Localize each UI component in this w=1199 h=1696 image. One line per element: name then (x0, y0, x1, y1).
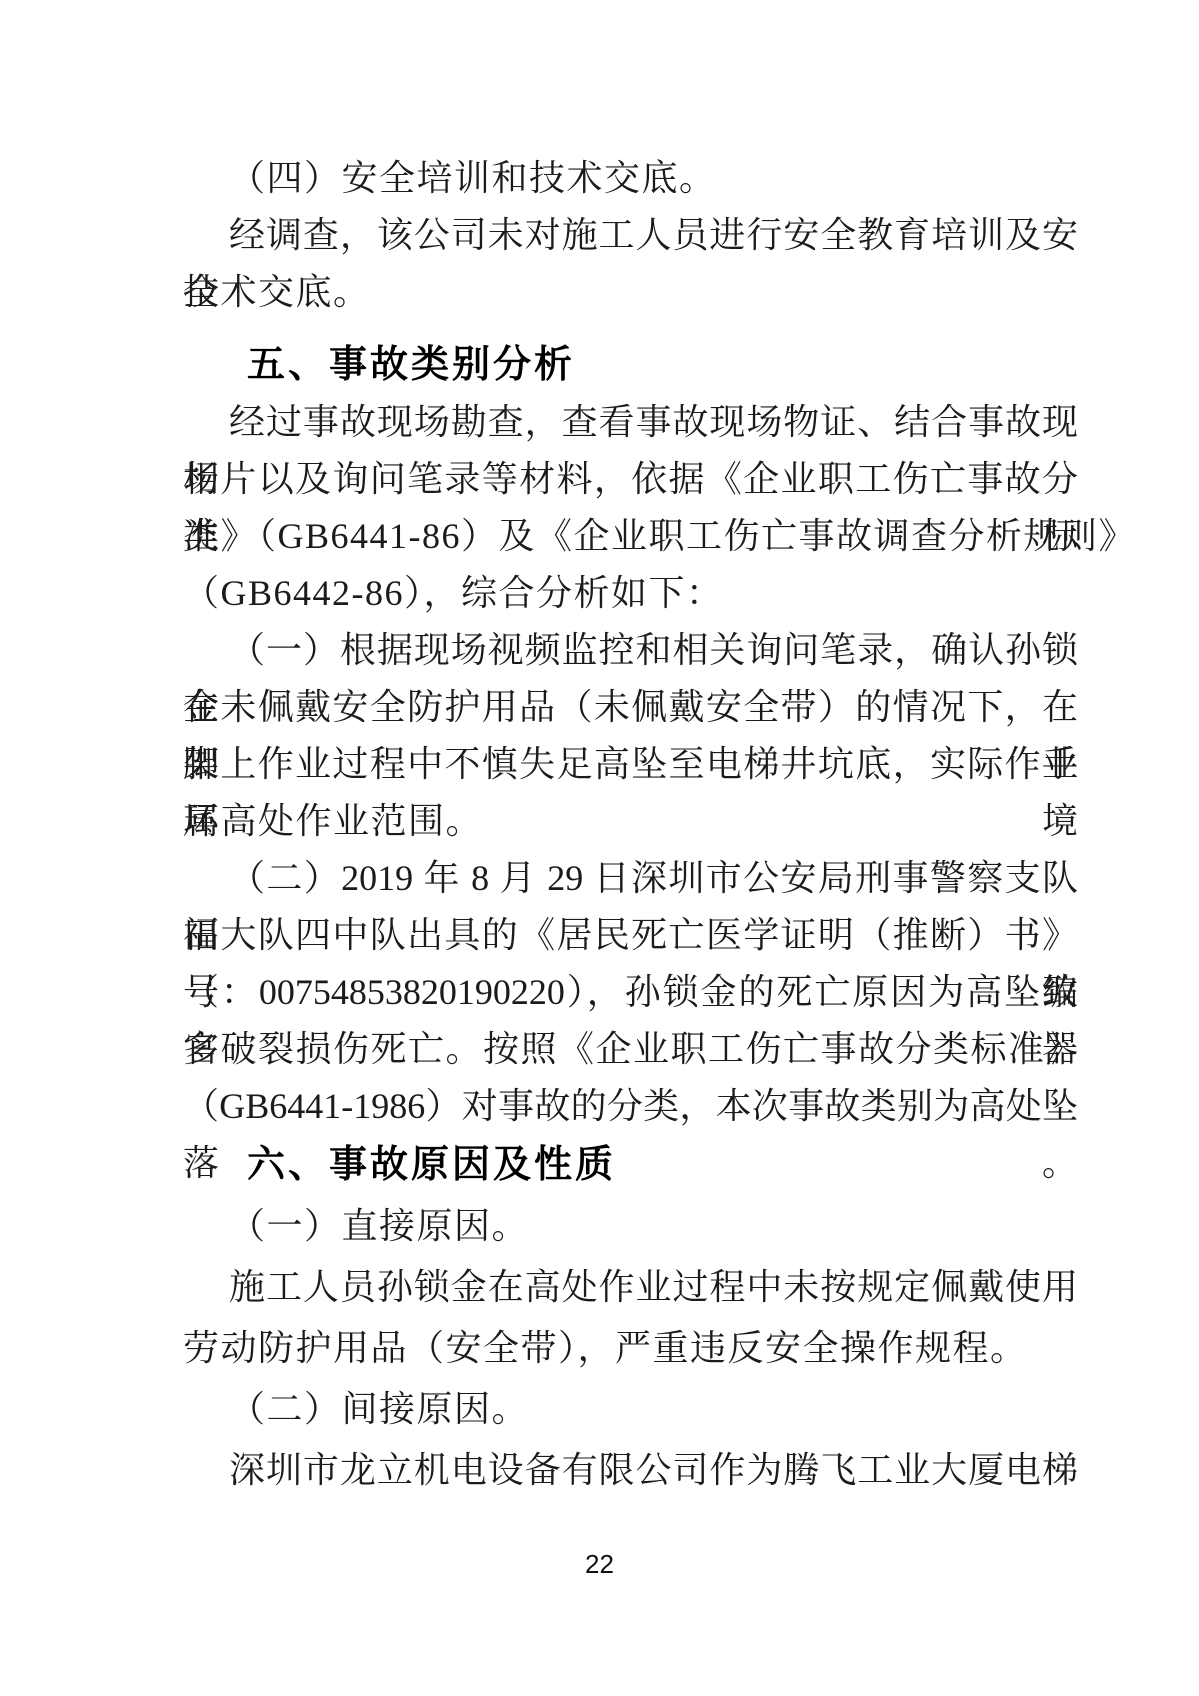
text-line: （一）直接原因。 (183, 1196, 1078, 1257)
page-content: （四）安全培训和技术交底。 经调查，该公司未对施工人员进行安全教育培训及安全 技… (183, 150, 1078, 1501)
document-page: （四）安全培训和技术交底。 经调查，该公司未对施工人员进行安全教育培训及安全 技… (0, 0, 1199, 1696)
text-line: 官破裂损伤死亡。按照《企业职工伤亡事故分类标准》 (183, 1021, 1078, 1078)
text-line: 经过事故现场勘查，查看事故现场物证、结合事故现场 (183, 394, 1078, 451)
text-line: （GB6441-1986）对事故的分类，本次事故类别为高处坠落。 (183, 1078, 1078, 1135)
page-number: 22 (0, 1546, 1199, 1582)
text-line: 相片以及询问笔录等材料，依据《企业职工伤亡事故分类标 (183, 451, 1078, 508)
text-line: （一）根据现场视频监控和相关询问笔录，确认孙锁金 (183, 622, 1078, 679)
text-line: 施工人员孙锁金在高处作业过程中未按规定佩戴使用 (183, 1257, 1078, 1318)
text-line: 技术交底。 (183, 264, 1078, 321)
text-line: （二）间接原因。 (183, 1379, 1078, 1440)
text-line: 在未佩戴安全防护用品（未佩戴安全带）的情况下，在脚手 (183, 679, 1078, 736)
text-line: 经调查，该公司未对施工人员进行安全教育培训及安全 (183, 207, 1078, 264)
text-line: （四）安全培训和技术交底。 (183, 150, 1078, 207)
section-heading-five: 五、事故类别分析 (183, 337, 1078, 394)
text-line: （二）2019 年 8 月 29 日深圳市公安局刑事警察支队福 (183, 850, 1078, 907)
text-line: 号：00754853820190220），孙锁金的死亡原因为高坠致多器 (183, 964, 1078, 1021)
text-line: 深圳市龙立机电设备有限公司作为腾飞工业大厦电梯 (183, 1440, 1078, 1501)
text-line: 准》（GB6441-86）及《企业职工伤亡事故调查分析规则》 (183, 508, 1078, 565)
text-line: （GB6442-86），综合分析如下： (183, 565, 1078, 622)
text-line: 架上作业过程中不慎失足高坠至电梯井坑底，实际作业环境 (183, 736, 1078, 793)
text-line: 劳动防护用品（安全带），严重违反安全操作规程。 (183, 1318, 1078, 1379)
text-line: 田大队四中队出具的《居民死亡医学证明（推断）书》（编 (183, 907, 1078, 964)
